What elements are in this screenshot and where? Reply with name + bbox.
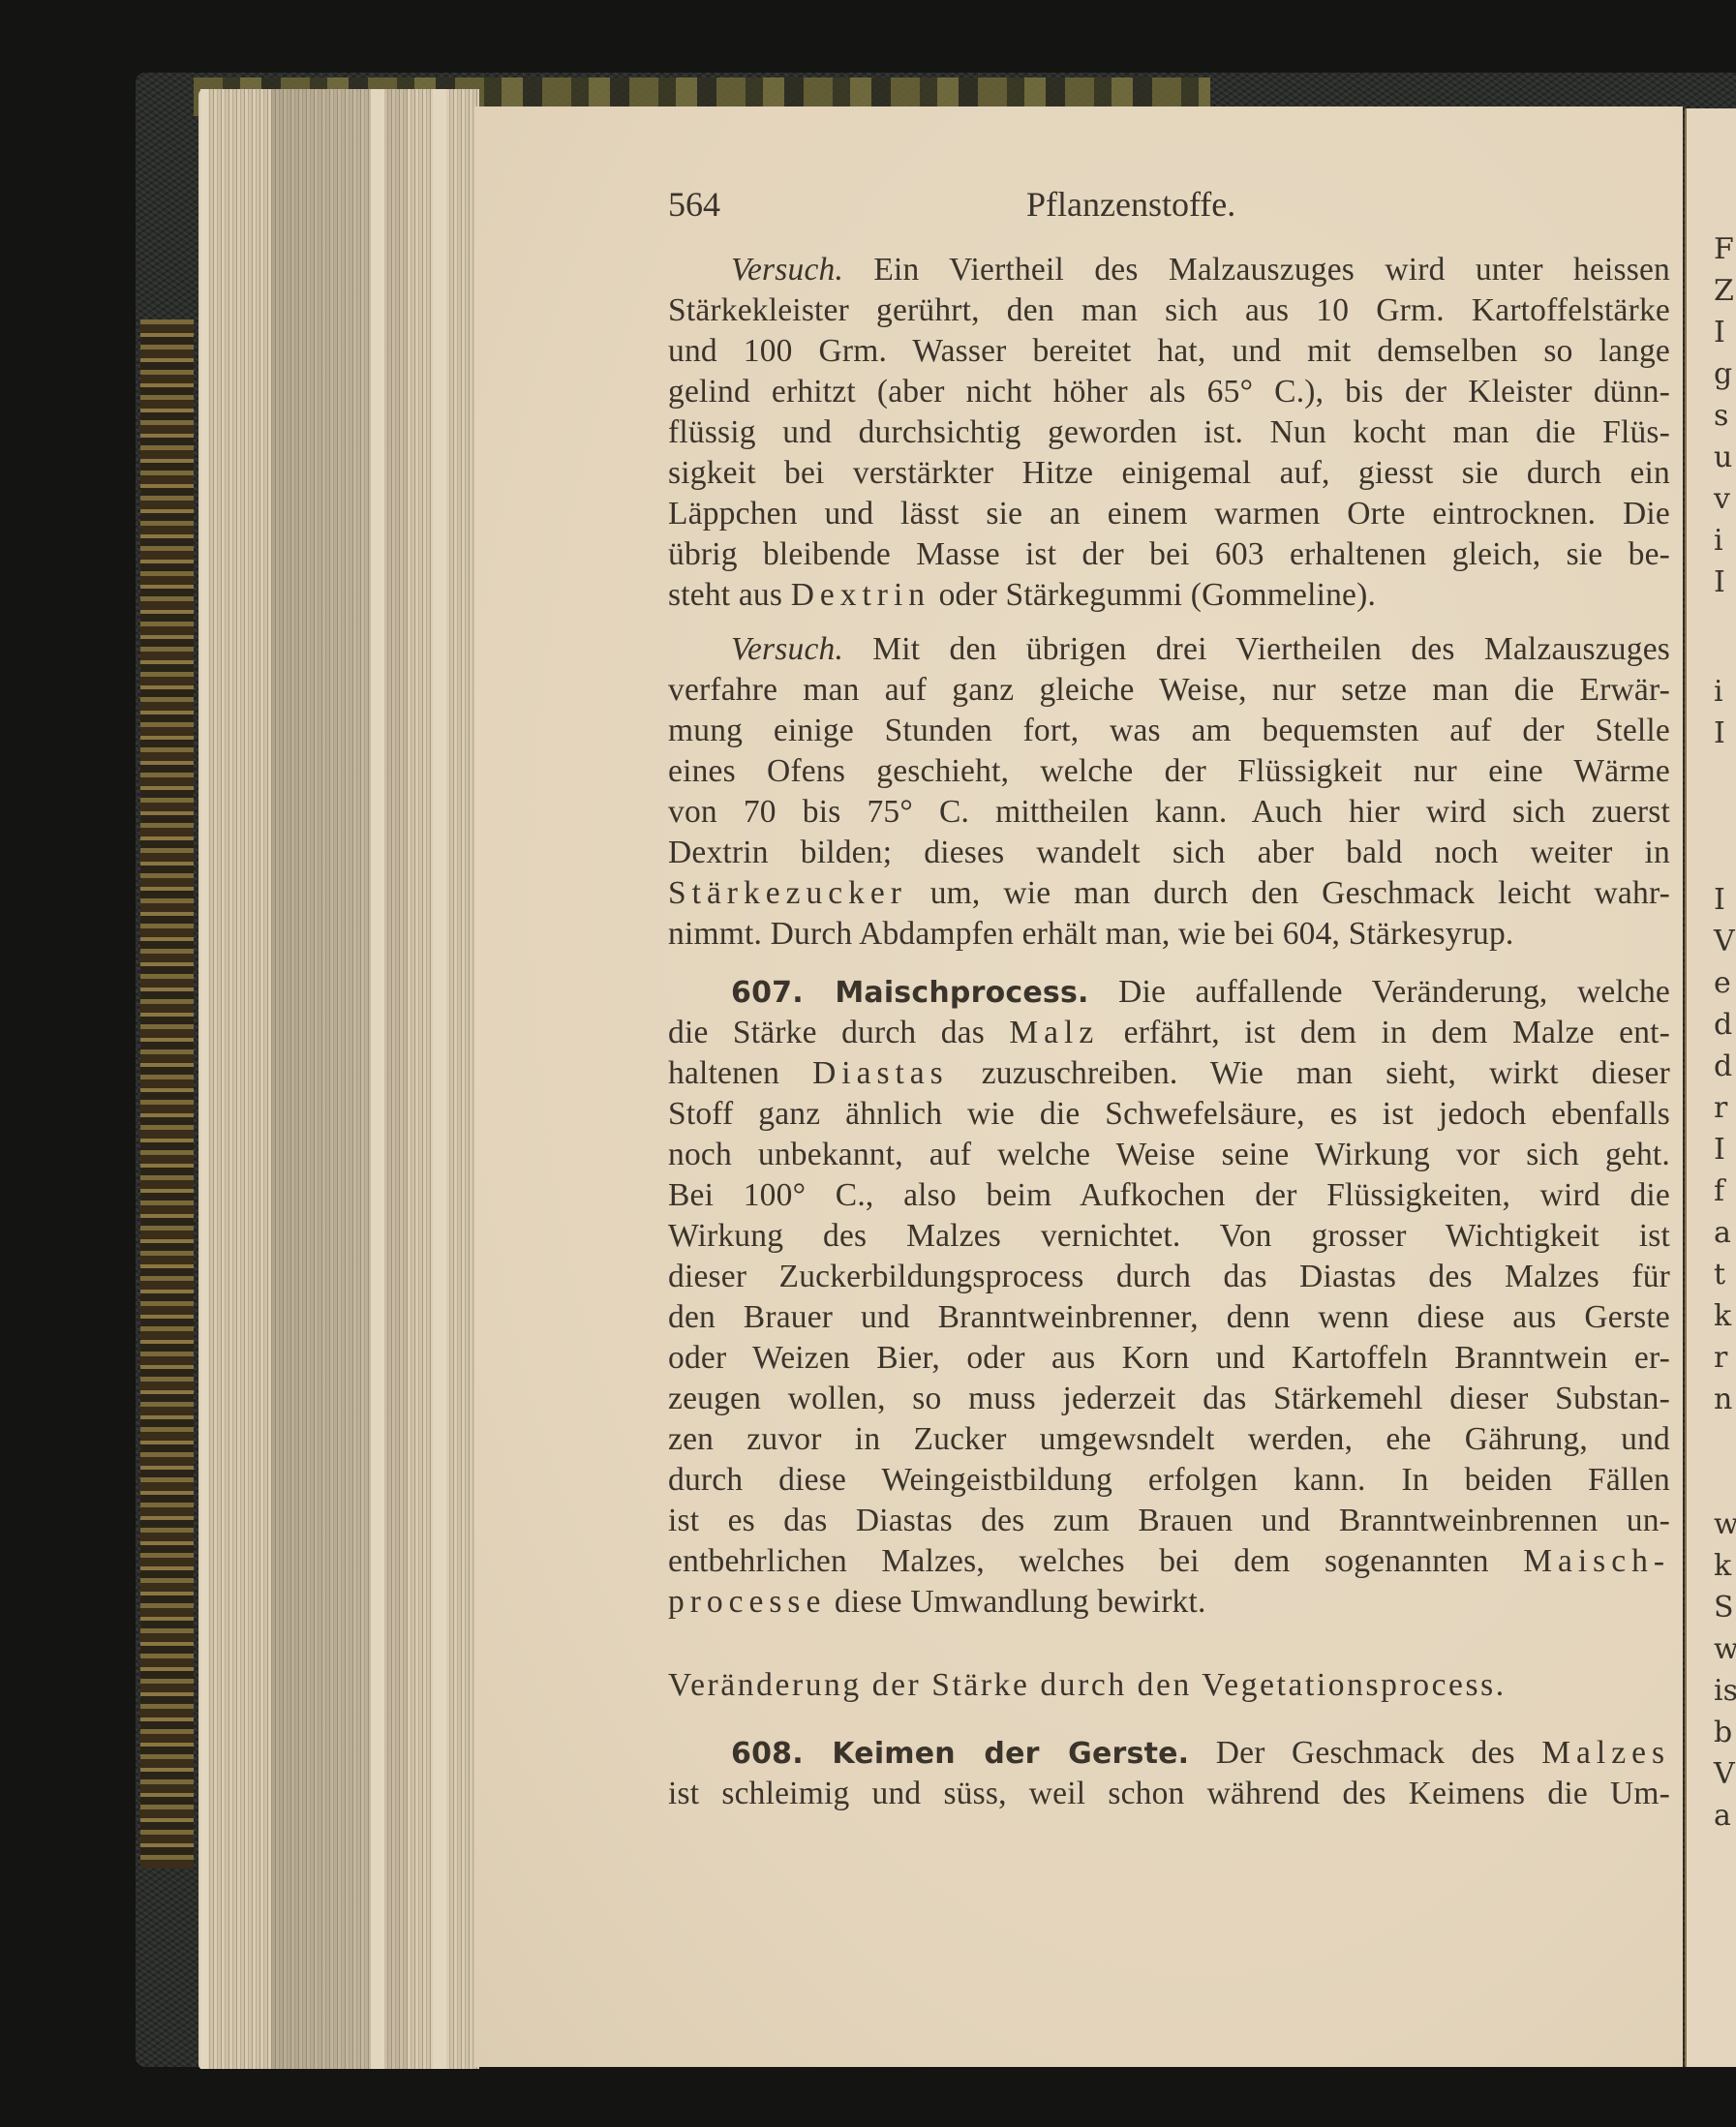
- text-run: übrig bleibende Masse ist der bei 603 er…: [668, 536, 1670, 572]
- next-page-letter: e: [1714, 966, 1731, 1000]
- text-line: Stärkekleister gerührt, den man sich aus…: [668, 292, 1670, 333]
- next-page-letter: I: [1714, 565, 1725, 599]
- spaced-term: Stärkezucker: [668, 875, 907, 911]
- text-run: oder Stärkegummi (Gommeline).: [930, 577, 1376, 613]
- text-run: erfährt, ist dem in dem Malze ent-: [1099, 1015, 1670, 1050]
- next-page-letter: r: [1714, 1341, 1727, 1375]
- text-line: Dextrin bilden; dieses wandelt sich aber…: [668, 835, 1670, 875]
- spaced-term: Malz: [1009, 1015, 1099, 1050]
- text-run: mung einige Stunden fort, was am bequems…: [668, 713, 1670, 748]
- text-run: durch diese Weingeistbildung erfolgen ka…: [668, 1462, 1670, 1498]
- text-line: flüssig und durchsichtig geworden ist. N…: [668, 414, 1670, 455]
- page-number: 564: [668, 184, 720, 225]
- text-line: und 100 Grm. Wasser bereitet hat, und mi…: [668, 333, 1670, 374]
- page-stack-edges: [198, 89, 479, 2069]
- text-run: sigkeit bei verstärkter Hitze einigemal …: [668, 455, 1670, 491]
- italic-label: Versuch.: [731, 631, 843, 667]
- text-run: Veränderung der Stärke durch den Vegetat…: [668, 1667, 1507, 1703]
- text-line: gelind erhitzt (aber nicht höher als 65°…: [668, 374, 1670, 414]
- next-page-letter: s: [1714, 399, 1728, 433]
- paragraph-number-title: 607. Maischprocess.: [731, 976, 1089, 1010]
- text-line: ist schleimig und süss, weil schon währe…: [668, 1776, 1670, 1816]
- text-line: Stoff ganz ähnlich wie die Schwefelsäure…: [668, 1096, 1670, 1137]
- next-page-letter: d: [1714, 1049, 1732, 1083]
- text-run: zeugen wollen, so muss jederzeit das Stä…: [668, 1381, 1670, 1416]
- text-run: Stoff ganz ähnlich wie die Schwefelsäure…: [668, 1096, 1670, 1132]
- text-line: Bei 100° C., also beim Aufkochen der Flü…: [668, 1177, 1670, 1218]
- next-page-letter: w: [1714, 1507, 1736, 1541]
- text-line: oder Weizen Bier, oder aus Korn und Kart…: [668, 1340, 1670, 1381]
- paragraph-number-title: 608. Keimen der Gerste.: [731, 1737, 1189, 1771]
- next-page-letter: I: [1714, 1133, 1725, 1167]
- next-page-letter: k: [1714, 1299, 1731, 1333]
- page-stack-shadow: [271, 89, 407, 2069]
- text-line: noch unbekannt, auf welche Weise seine W…: [668, 1137, 1670, 1177]
- text-run: eines Ofens geschieht, welche der Flüssi…: [668, 753, 1670, 789]
- text-run: Ein Viertheil des Malzauszuges wird unte…: [843, 252, 1670, 288]
- text-run: und 100 Grm. Wasser bereitet hat, und mi…: [668, 333, 1670, 369]
- text-line: processe diese Umwandlung bewirkt.: [668, 1584, 1670, 1625]
- spaced-term: Diastas: [812, 1055, 949, 1091]
- text-run: noch unbekannt, auf welche Weise seine W…: [668, 1137, 1670, 1172]
- text-line: Läppchen und lässt sie an einem warmen O…: [668, 496, 1670, 536]
- page-stack-band: [433, 89, 446, 2069]
- text-run: Mit den übrigen drei Viertheilen des Mal…: [843, 631, 1670, 667]
- running-header: 564 Pflanzenstoffe.: [668, 184, 1670, 230]
- text-line: nimmt. Durch Abdampfen erhält man, wie b…: [668, 916, 1670, 957]
- text-run: dieser Zuckerbildungsprocess durch das D…: [668, 1259, 1670, 1294]
- text-line: übrig bleibende Masse ist der bei 603 er…: [668, 536, 1670, 577]
- text-line: Versuch. Mit den übrigen drei Viertheile…: [668, 631, 1670, 672]
- next-page-letter: V: [1714, 1757, 1735, 1791]
- text-run: Wirkung des Malzes vernichtet. Von gross…: [668, 1218, 1670, 1254]
- next-page-letter: n: [1714, 1383, 1732, 1416]
- text-run: steht aus: [668, 577, 791, 613]
- page-stack-band: [371, 89, 384, 2069]
- next-page-letter: S: [1714, 1591, 1734, 1625]
- text-run: oder Weizen Bier, oder aus Korn und Kart…: [668, 1340, 1670, 1376]
- next-page-letter: i: [1714, 675, 1723, 709]
- text-line: ist es das Diastas des zum Brauen und Br…: [668, 1503, 1670, 1543]
- next-page-edge: FZIgsuviIiIIVeddrIfatkrnwkSwisbVa: [1685, 108, 1736, 2067]
- text-line: Wirkung des Malzes vernichtet. Von gross…: [668, 1218, 1670, 1259]
- text-line: zeugen wollen, so muss jederzeit das Stä…: [668, 1381, 1670, 1421]
- next-page-letter: w: [1714, 1632, 1736, 1666]
- text-run: nimmt. Durch Abdampfen erhält man, wie b…: [668, 916, 1514, 952]
- text-line: die Stärke durch das Malz erfährt, ist d…: [668, 1015, 1670, 1055]
- text-line: zen zuvor in Zucker umgewsndelt werden, …: [668, 1421, 1670, 1462]
- text-run: diese Umwandlung bewirkt.: [826, 1584, 1205, 1620]
- next-page-letter: b: [1714, 1716, 1732, 1749]
- text-line: 607. Maischprocess. Die auffallende Verä…: [668, 974, 1670, 1015]
- text-run: Die auffallende Veränderung, welche: [1089, 974, 1670, 1010]
- text-run: von 70 bis 75° C. mittheilen kann. Auch …: [668, 794, 1670, 830]
- text-run: flüssig und durchsichtig geworden ist. N…: [668, 414, 1670, 450]
- text-run: haltenen: [668, 1055, 812, 1091]
- text-line: dieser Zuckerbildungsprocess durch das D…: [668, 1259, 1670, 1299]
- next-page-letter: is: [1714, 1674, 1736, 1708]
- next-page-letter: I: [1714, 316, 1725, 349]
- text-run: entbehrlichen Malzes, welches bei dem so…: [668, 1543, 1523, 1579]
- next-page-letter: f: [1714, 1174, 1724, 1208]
- text-line: sigkeit bei verstärkter Hitze einigemal …: [668, 455, 1670, 496]
- next-page-letter: F: [1714, 232, 1734, 266]
- text-line: Stärkezucker um, wie man durch den Gesch…: [668, 875, 1670, 916]
- next-page-letter: d: [1714, 1008, 1732, 1042]
- spaced-term: Dextrin: [791, 577, 930, 613]
- next-page-letter: g: [1714, 357, 1732, 391]
- text-run: Bei 100° C., also beim Aufkochen der Flü…: [668, 1177, 1670, 1213]
- text-line: den Brauer und Branntweinbrenner, denn w…: [668, 1299, 1670, 1340]
- text-run: Läppchen und lässt sie an einem warmen O…: [668, 496, 1670, 532]
- next-page-letter: Z: [1714, 274, 1734, 308]
- page-stack-band: [200, 89, 208, 2069]
- text-line: Versuch. Ein Viertheil des Malzauszuges …: [668, 252, 1670, 292]
- marbled-spine: [140, 319, 194, 1869]
- spaced-term: Maisch-: [1523, 1543, 1670, 1579]
- next-page-letter: V: [1714, 925, 1735, 958]
- spaced-term: Malzes: [1541, 1735, 1670, 1771]
- text-run: Dextrin bilden; dieses wandelt sich aber…: [668, 835, 1670, 870]
- next-page-letter: v: [1714, 482, 1730, 516]
- text-run: Stärkekleister gerührt, den man sich aus…: [668, 292, 1670, 328]
- text-line: steht aus Dextrin oder Stärkegummi (Gomm…: [668, 577, 1670, 618]
- next-page-letter: r: [1714, 1091, 1727, 1125]
- italic-label: Versuch.: [731, 252, 843, 288]
- text-line: eines Ofens geschieht, welche der Flüssi…: [668, 753, 1670, 794]
- text-run: gelind erhitzt (aber nicht höher als 65°…: [668, 374, 1670, 410]
- text-run: ist es das Diastas des zum Brauen und Br…: [668, 1503, 1670, 1538]
- text-run: die Stärke durch das: [668, 1015, 1009, 1050]
- text-line: 608. Keimen der Gerste. Der Geschmack de…: [668, 1735, 1670, 1776]
- next-page-letter: i: [1714, 524, 1723, 558]
- text-run: ist schleimig und süss, weil schon währe…: [668, 1776, 1670, 1811]
- next-page-letter: t: [1714, 1258, 1725, 1291]
- text-run: Der Geschmack des: [1189, 1735, 1541, 1771]
- text-run: um, wie man durch den Geschmack leicht w…: [907, 875, 1670, 911]
- section-heading: Veränderung der Stärke durch den Vegetat…: [668, 1667, 1670, 1708]
- next-page-letter: I: [1714, 716, 1725, 750]
- text-line: von 70 bis 75° C. mittheilen kann. Auch …: [668, 794, 1670, 835]
- text-run: zuzuschreiben. Wie man sieht, wirkt dies…: [949, 1055, 1670, 1091]
- text-line: haltenen Diastas zuzuschreiben. Wie man …: [668, 1055, 1670, 1096]
- running-title: Pflanzenstoffe.: [1026, 184, 1235, 225]
- text-line: verfahre man auf ganz gleiche Weise, nur…: [668, 672, 1670, 713]
- next-page-letter: u: [1714, 441, 1732, 474]
- text-run: verfahre man auf ganz gleiche Weise, nur…: [668, 672, 1670, 708]
- text-line: durch diese Weingeistbildung erfolgen ka…: [668, 1462, 1670, 1503]
- spaced-term: processe: [668, 1584, 826, 1620]
- text-run: zen zuvor in Zucker umgewsndelt werden, …: [668, 1421, 1670, 1457]
- next-page-letter: a: [1714, 1216, 1731, 1250]
- next-page-letter: I: [1714, 883, 1725, 917]
- text-line: mung einige Stunden fort, was am bequems…: [668, 713, 1670, 753]
- next-page-letter: k: [1714, 1549, 1731, 1583]
- text-line: entbehrlichen Malzes, welches bei dem so…: [668, 1543, 1670, 1584]
- text-run: den Brauer und Branntweinbrenner, denn w…: [668, 1299, 1670, 1335]
- next-page-letter: a: [1714, 1799, 1731, 1833]
